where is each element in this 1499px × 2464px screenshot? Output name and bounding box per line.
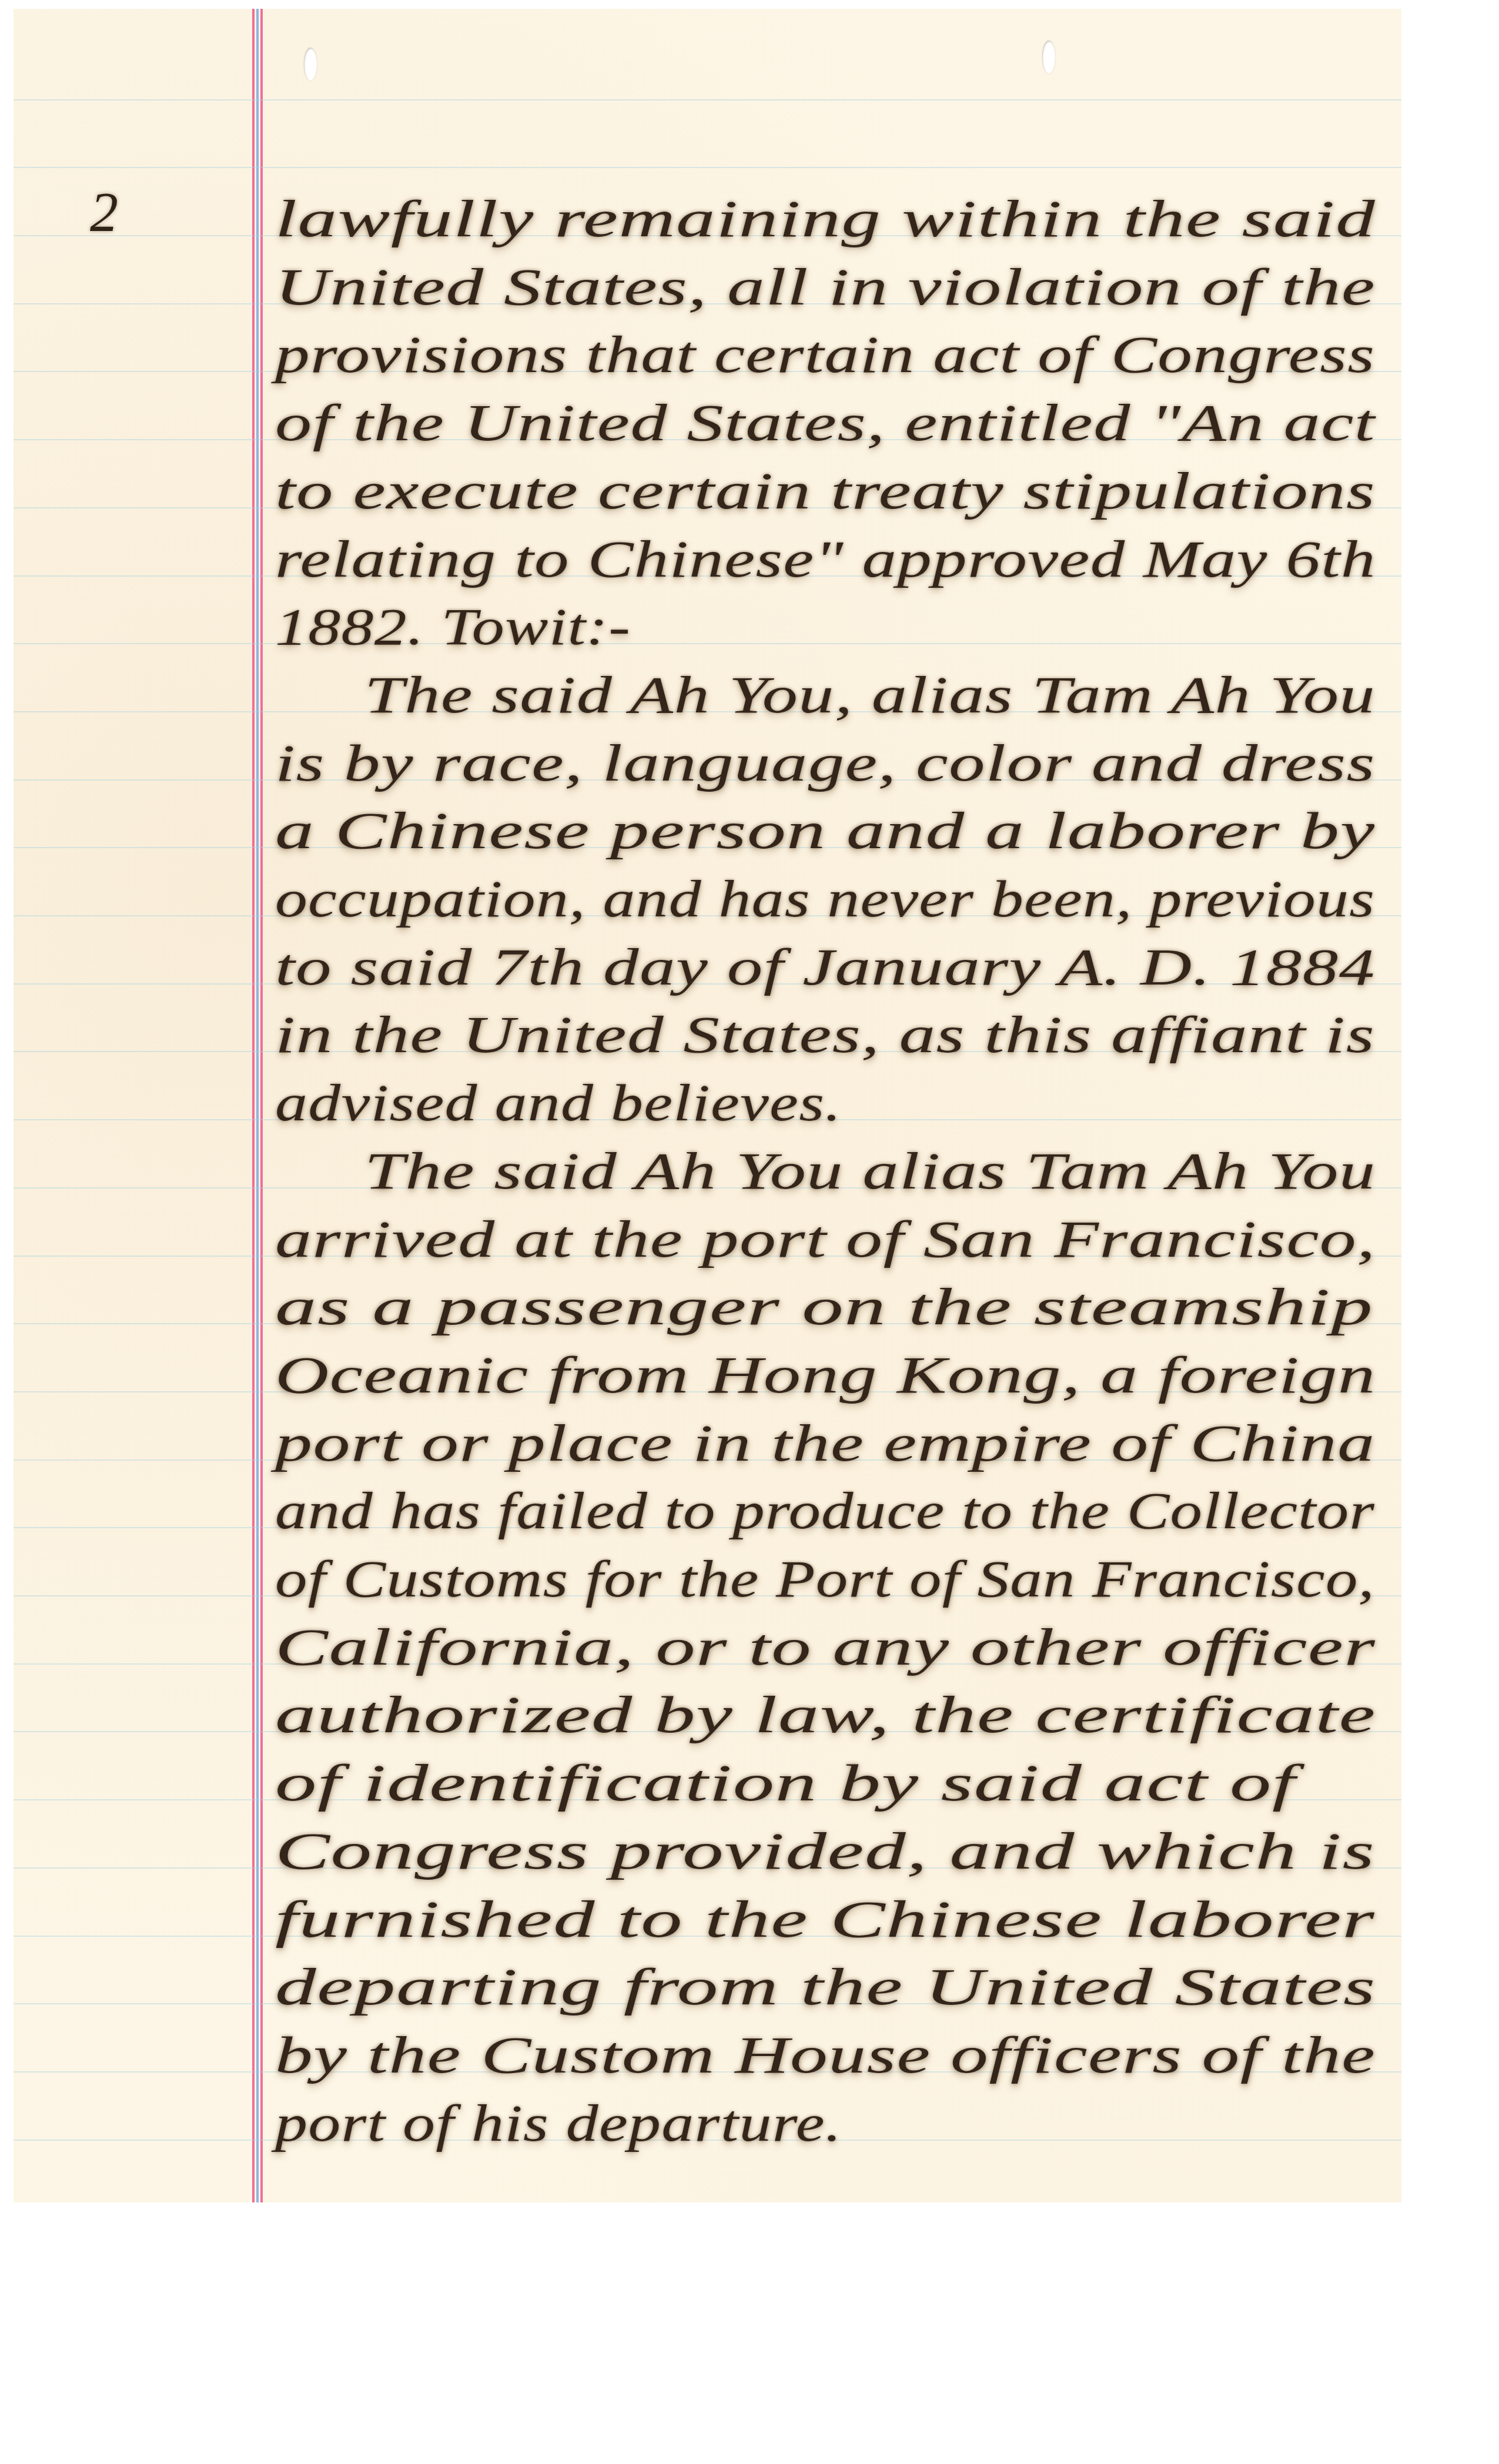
punch-hole [1042,41,1055,73]
margin-line-pink [252,9,255,2202]
document-page: 2 lawfully remaining within the saidUnit… [14,9,1401,2202]
text-line: The said Ah You, alias Tam Ah You [364,670,1376,722]
text-line: occupation, and has never been, previous [275,874,1375,926]
text-line: California, or to any other officer [275,1622,1376,1674]
ruled-line [14,643,1401,644]
text-line: The said Ah You alias Tam Ah You [364,1146,1376,1198]
text-line: in the United States, as this affiant is [275,1010,1375,1062]
ruled-line [14,167,1401,168]
text-line: provisions that certain act of Congress [275,330,1375,381]
text-line: Oceanic from Hong Kong, a foreign [275,1350,1376,1402]
text-line: and has failed to produce to the Collect… [275,1486,1375,1538]
margin-line-blue [256,9,259,2202]
text-line: lawfully remaining within the said [275,194,1376,246]
text-line: Congress provided, and which is [275,1826,1375,1878]
text-line: by the Custom House officers of the [275,2030,1376,2082]
text-line: port or place in the empire of China [275,1418,1376,1470]
text-line: advised and believes. [275,1078,842,1130]
margin-line-pink [260,9,263,2202]
text-line: of identification by said act of [275,1758,1296,1810]
text-line: is by race, language, color and dress [275,738,1376,790]
text-line: United States, all in violation of the [275,262,1376,314]
text-line: a Chinese person and a laborer by [275,806,1376,858]
text-line: of Customs for the Port of San Francisco… [275,1554,1375,1606]
text-line: port of his departure. [275,2098,842,2150]
punch-hole [304,48,317,81]
text-line: authorized by law, the certificate [275,1690,1376,1742]
text-line: arrived at the port of San Francisco, [275,1214,1376,1266]
text-line: to execute certain treaty stipulations [275,466,1376,518]
text-line: furnished to the Chinese laborer [275,1894,1376,1946]
text-line: to said 7th day of January A. D. 1884 [275,942,1376,994]
ruled-line [14,99,1401,101]
text-line: relating to Chinese" approved May 6th [275,534,1376,586]
text-line: of the United States, entitled "An act [275,398,1376,450]
text-line: as a passenger on the steamship [275,1282,1373,1334]
text-line: 1882. Towit:- [275,602,631,654]
text-line: departing from the United States [275,1962,1376,2014]
